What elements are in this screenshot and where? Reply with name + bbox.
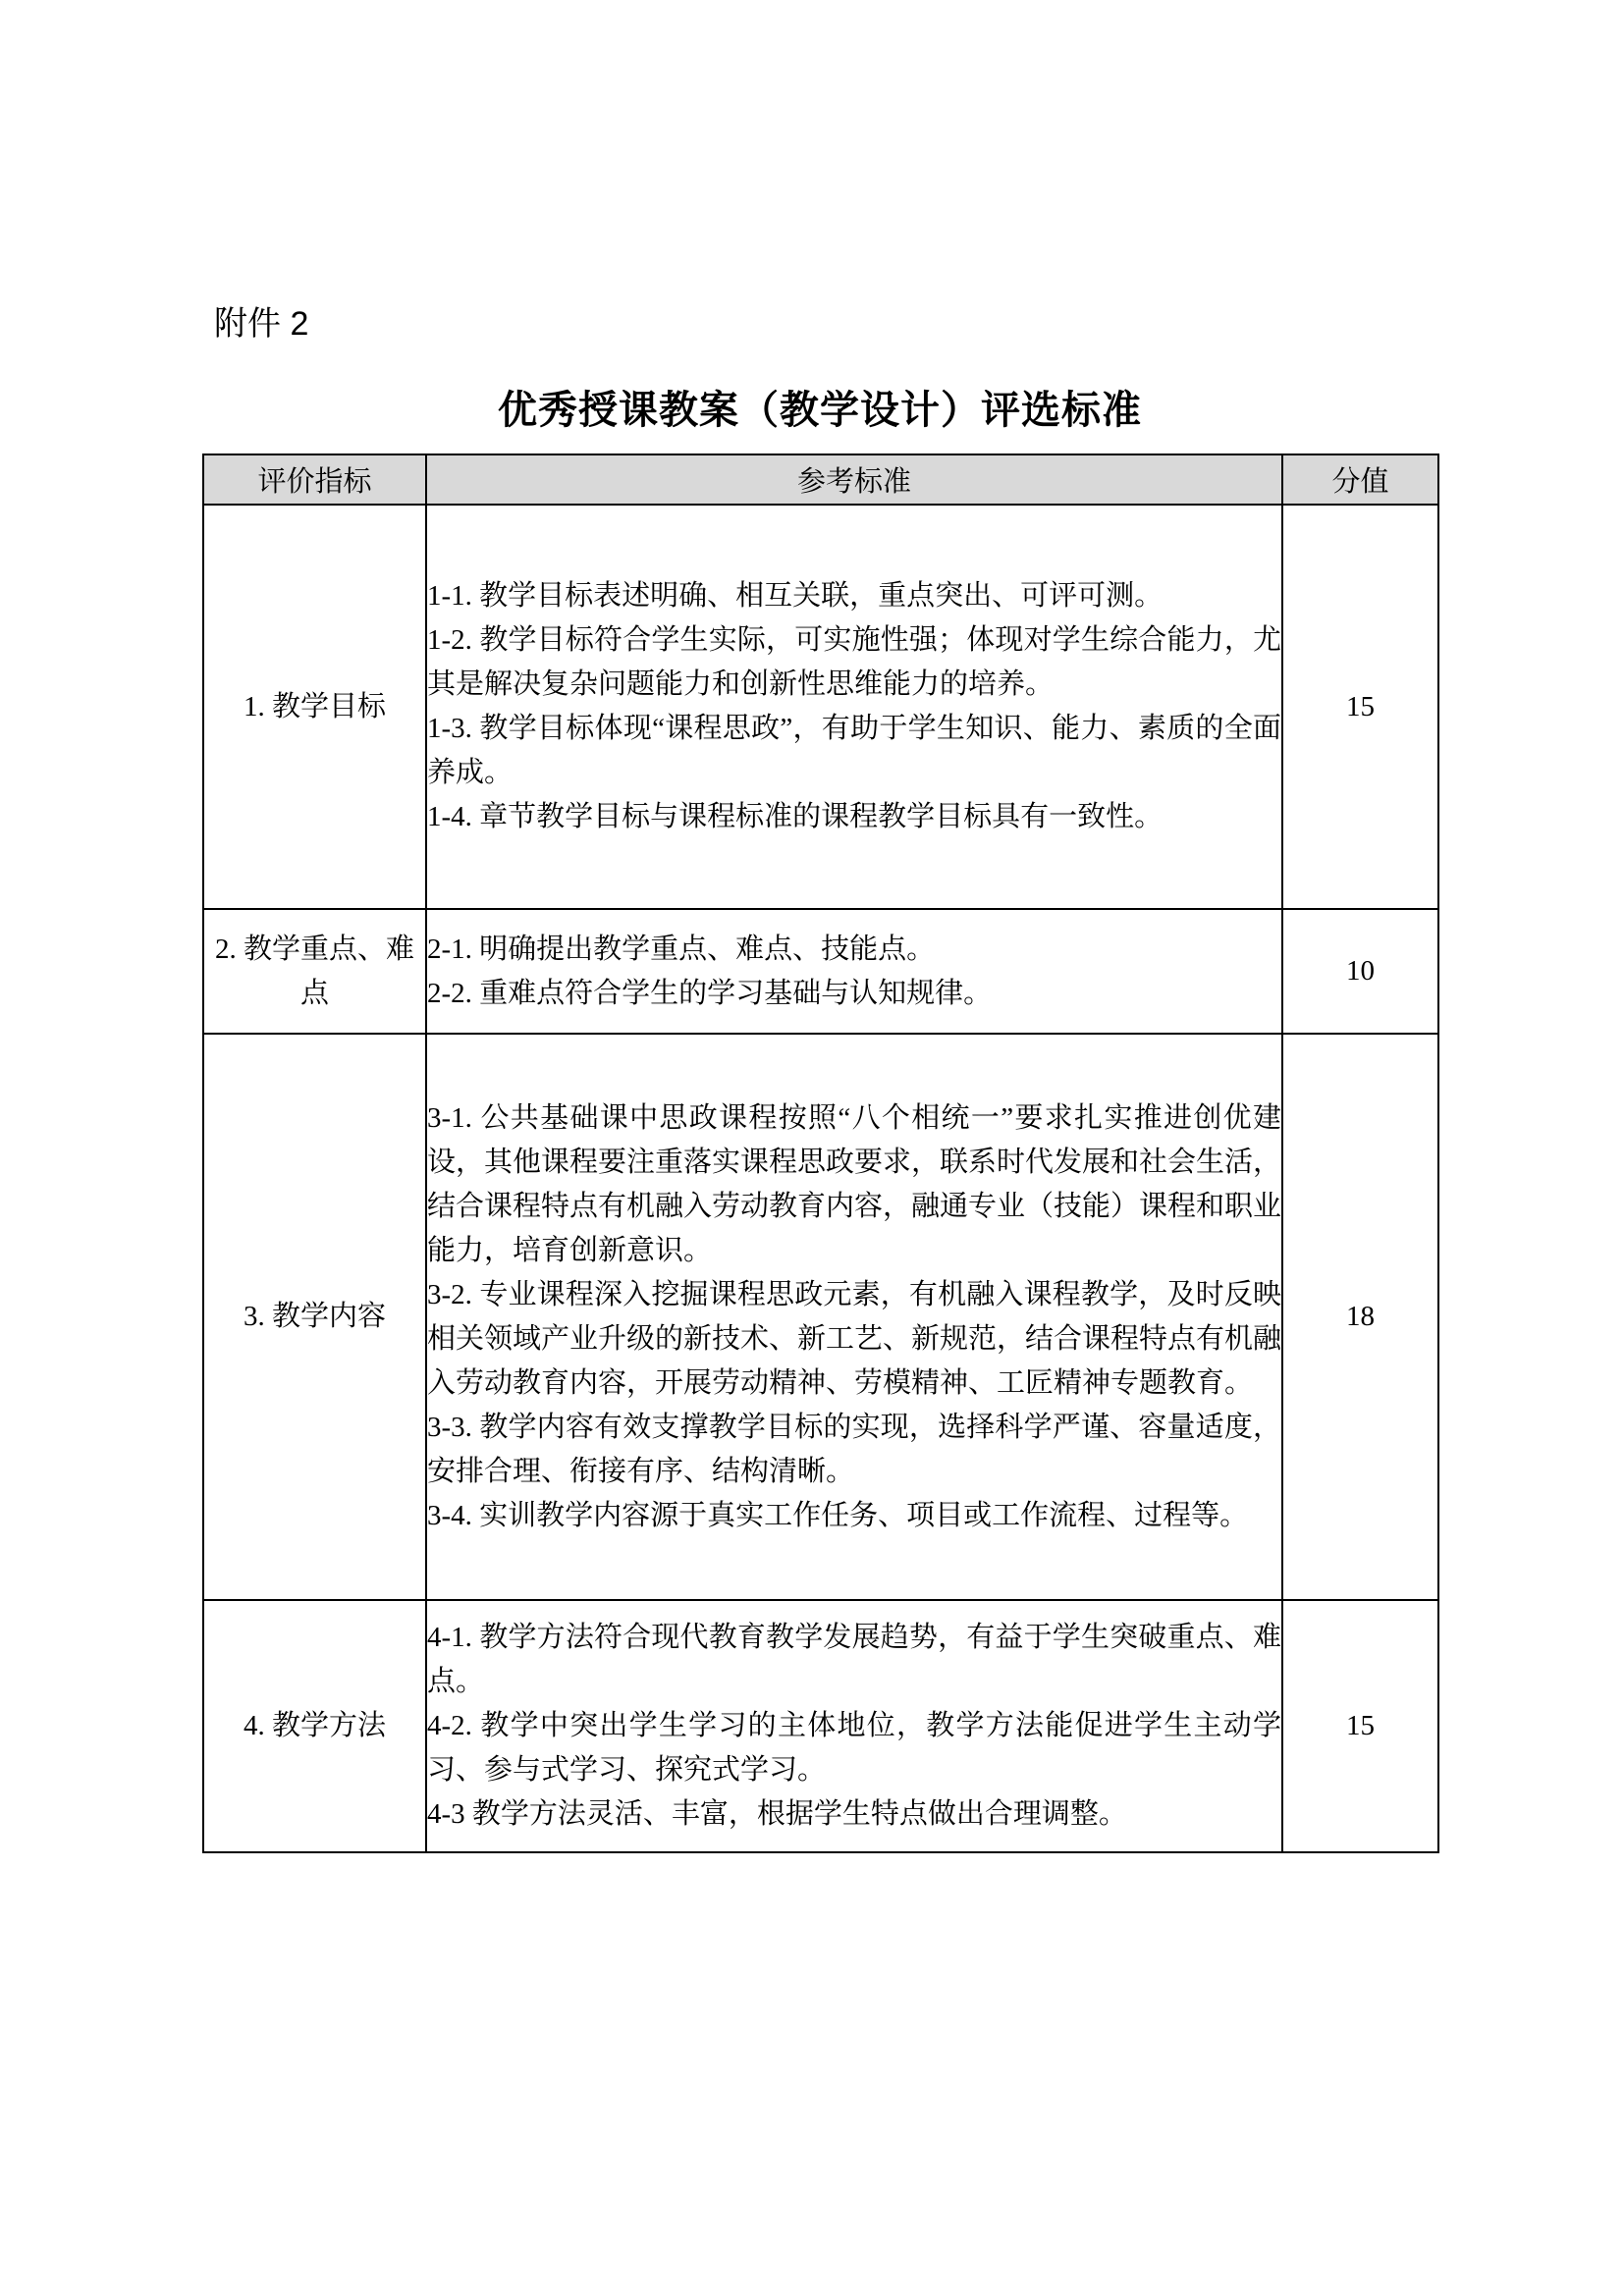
table-row-key-difficult-points: 2. 教学重点、难点 2-1. 明确提出教学重点、难点、技能点。 2-2. 重难… [203,909,1438,1034]
criterion-4-2: 4-2. 教学中突出学生学习的主体地位，教学方法能促进学生主动学习、参与式学习、… [427,1704,1281,1792]
table-header-row: 评价指标 参考标准 分值 [203,454,1438,505]
indicator-cell: 4. 教学方法 [203,1600,426,1852]
criteria-cell: 3-1. 公共基础课中思政课程按照“八个相统一”要求扎实推进创优建设，其他课程要… [426,1034,1282,1600]
criterion-1-4: 1-4. 章节教学目标与课程标准的课程教学目标具有一致性。 [427,795,1281,839]
criteria-cell: 2-1. 明确提出教学重点、难点、技能点。 2-2. 重难点符合学生的学习基础与… [426,909,1282,1034]
score-cell: 15 [1282,1600,1438,1852]
score-cell: 15 [1282,505,1438,909]
criterion-3-1: 3-1. 公共基础课中思政课程按照“八个相统一”要求扎实推进创优建设，其他课程要… [427,1096,1281,1273]
criteria-cell: 4-1. 教学方法符合现代教育教学发展趋势，有益于学生突破重点、难点。 4-2.… [426,1600,1282,1852]
criterion-1-2: 1-2. 教学目标符合学生实际，可实施性强；体现对学生综合能力，尤其是解决复杂问… [427,618,1281,707]
document-page: 附件 2 优秀授课教案（教学设计）评选标准 评价指标 参考标准 分值 1. 教学… [0,0,1624,2296]
criterion-1-3: 1-3. 教学目标体现“课程思政”，有助于学生知识、能力、素质的全面养成。 [427,707,1281,795]
criterion-1-1: 1-1. 教学目标表述明确、相互关联，重点突出、可评可测。 [427,574,1281,618]
indicator-cell: 3. 教学内容 [203,1034,426,1600]
criterion-3-4: 3-4. 实训教学内容源于真实工作任务、项目或工作流程、过程等。 [427,1494,1281,1538]
indicator-cell: 2. 教学重点、难点 [203,909,426,1034]
header-indicator: 评价指标 [203,454,426,505]
page-title: 优秀授课教案（教学设计）评选标准 [202,387,1437,434]
header-criteria: 参考标准 [426,454,1282,505]
table-row-teaching-objectives: 1. 教学目标 1-1. 教学目标表述明确、相互关联，重点突出、可评可测。 1-… [203,505,1438,909]
criterion-2-2: 2-2. 重难点符合学生的学习基础与认知规律。 [427,972,1281,1016]
criterion-4-1: 4-1. 教学方法符合现代教育教学发展趋势，有益于学生突破重点、难点。 [427,1616,1281,1704]
criteria-cell: 1-1. 教学目标表述明确、相互关联，重点突出、可评可测。 1-2. 教学目标符… [426,505,1282,909]
table-row-teaching-methods: 4. 教学方法 4-1. 教学方法符合现代教育教学发展趋势，有益于学生突破重点、… [203,1600,1438,1852]
table-row-teaching-content: 3. 教学内容 3-1. 公共基础课中思政课程按照“八个相统一”要求扎实推进创优… [203,1034,1438,1600]
criterion-4-3: 4-3 教学方法灵活、丰富，根据学生特点做出合理调整。 [427,1792,1281,1837]
attachment-label: 附件 2 [214,304,308,344]
indicator-cell: 1. 教学目标 [203,505,426,909]
header-score: 分值 [1282,454,1438,505]
score-cell: 10 [1282,909,1438,1034]
criterion-2-1: 2-1. 明确提出教学重点、难点、技能点。 [427,928,1281,972]
criterion-3-2: 3-2. 专业课程深入挖掘课程思政元素，有机融入课程教学，及时反映相关领域产业升… [427,1273,1281,1406]
criterion-3-3: 3-3. 教学内容有效支撑教学目标的实现，选择科学严谨、容量适度，安排合理、衔接… [427,1406,1281,1494]
criteria-table: 评价指标 参考标准 分值 1. 教学目标 1-1. 教学目标表述明确、相互关联，… [202,454,1439,1853]
score-cell: 18 [1282,1034,1438,1600]
